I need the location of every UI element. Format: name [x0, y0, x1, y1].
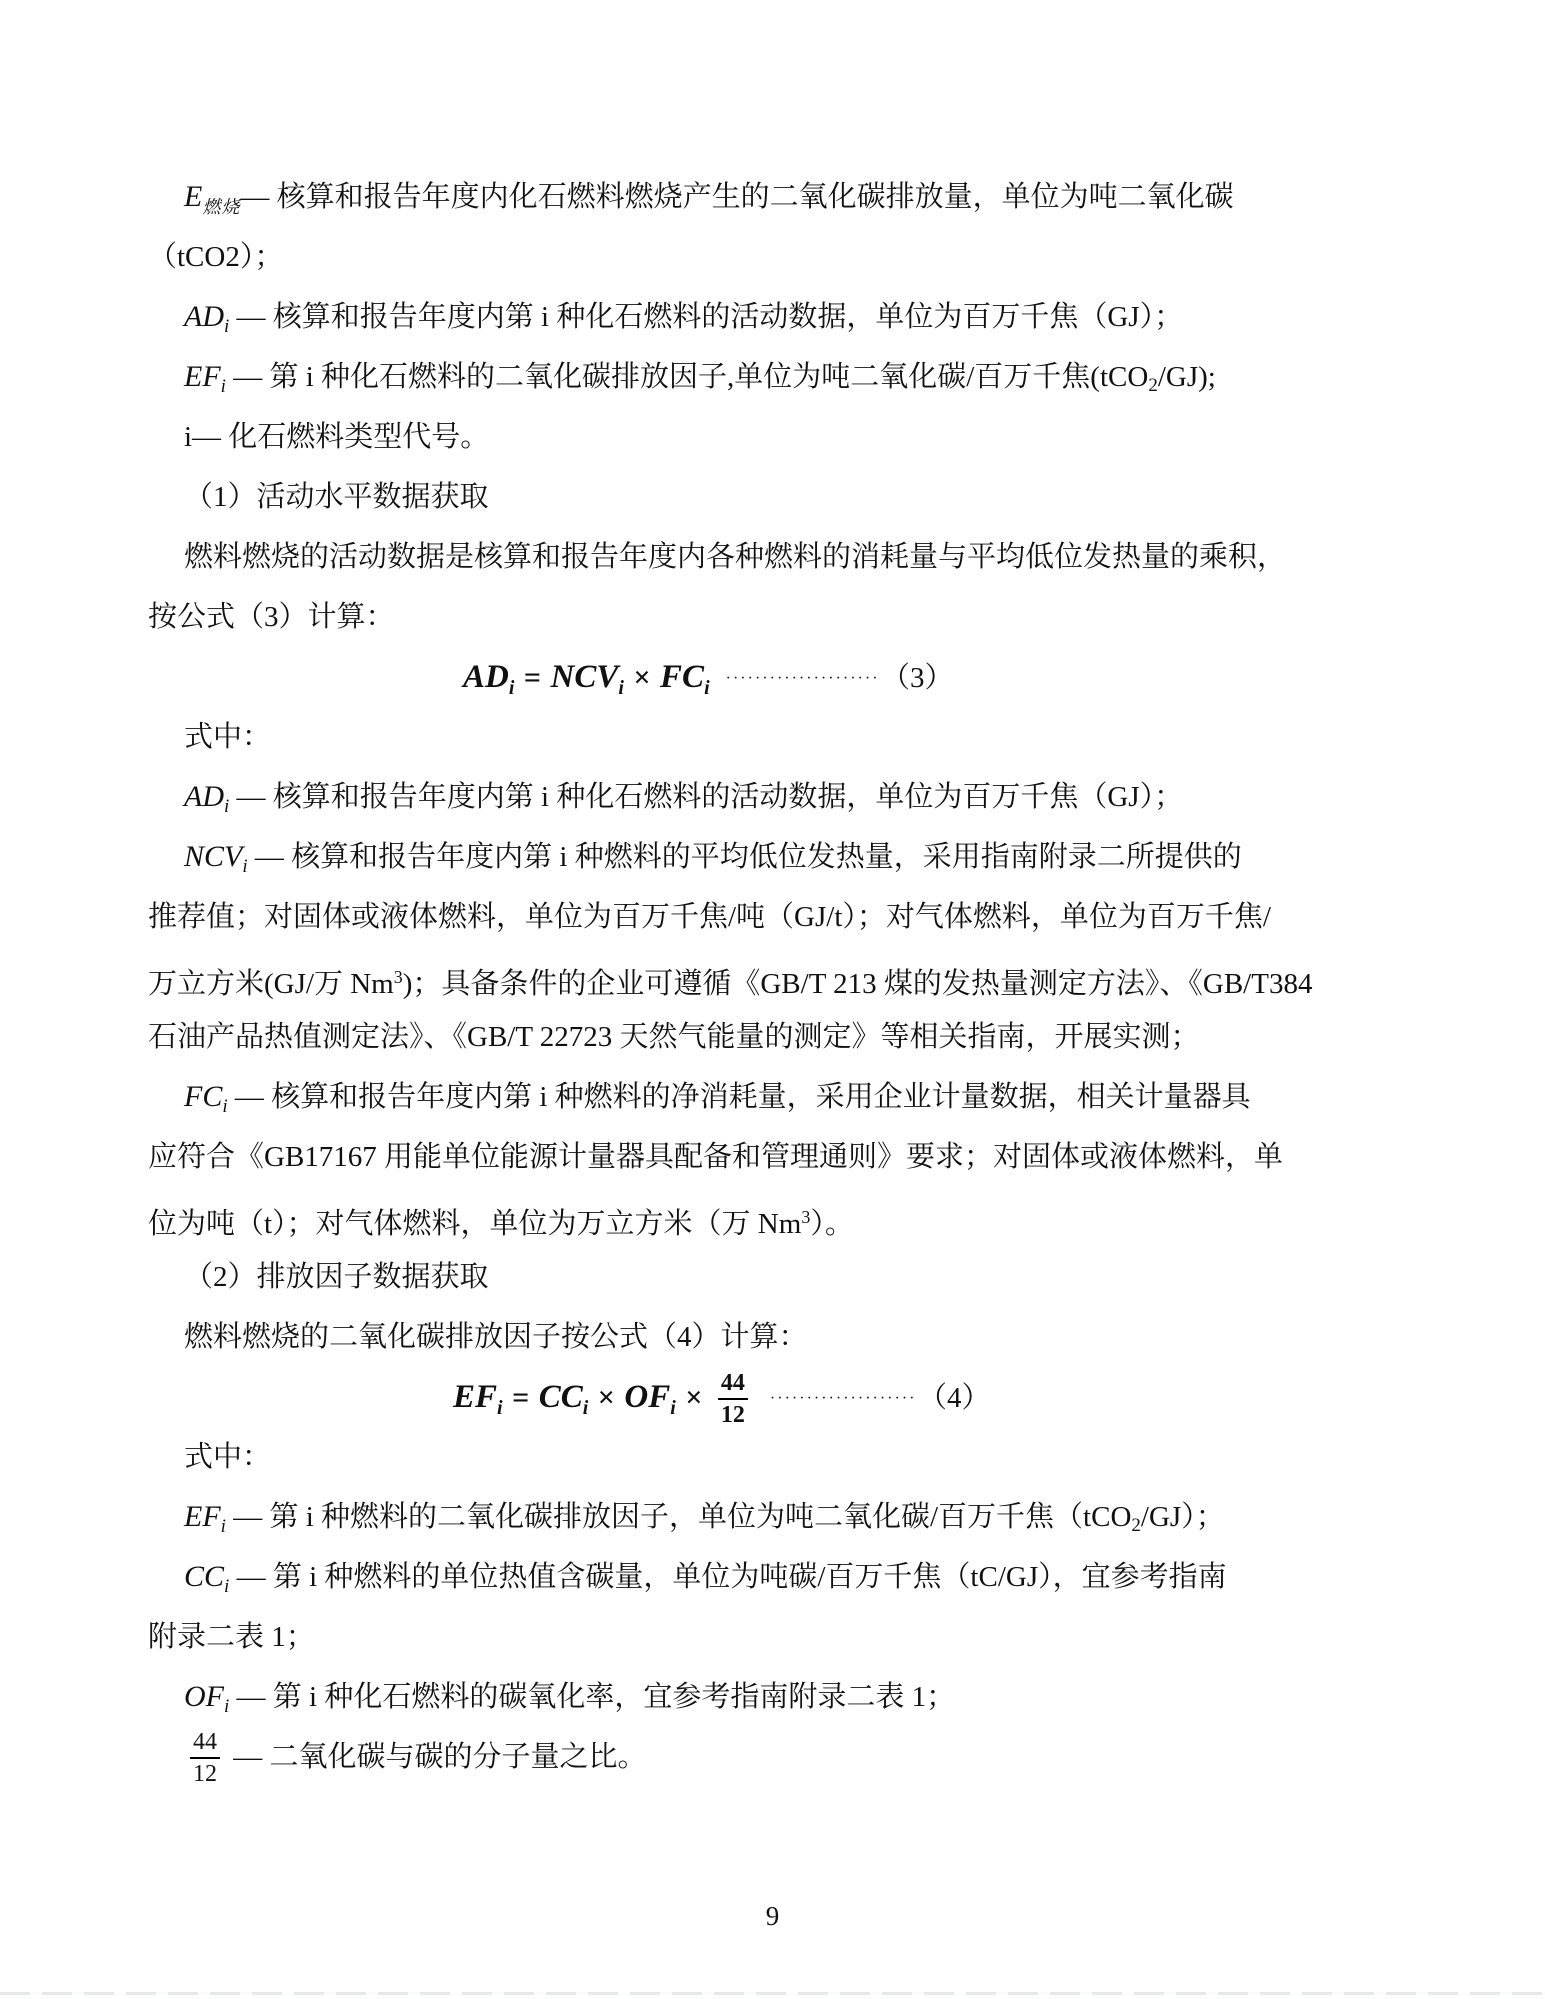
line-text: 式中： — [184, 721, 271, 753]
equals-sign: = — [503, 1381, 539, 1414]
line-text: — 二氧化碳与碳的分子量之比。 — [226, 1741, 647, 1773]
line-text: （tCO2）； — [148, 241, 283, 273]
var-of: OF — [184, 1680, 224, 1713]
var-cc: CC — [539, 1379, 583, 1415]
var-fc: FC — [660, 659, 704, 695]
line-def-adi: ADi — 核算和报告年度内第 i 种化石燃料的活动数据，单位为百万千焦（GJ）… — [148, 287, 1410, 347]
line-text: — 第 i 种化石燃料的碳氧化率，宜参考指南附录二表 1； — [229, 1681, 955, 1713]
var-fc: FC — [184, 1080, 222, 1113]
line-text: 式中： — [184, 1441, 271, 1473]
subscript-i: i — [704, 677, 710, 699]
line-formula4-where: 式中： — [148, 1427, 1410, 1487]
fraction-numerator: 44 — [190, 1730, 220, 1757]
fraction-numerator: 44 — [718, 1371, 748, 1398]
para-emission-factor: 燃料燃烧的二氧化碳排放因子按公式（4）计算： — [148, 1307, 1410, 1367]
dotted-leader: ···················· — [770, 1390, 917, 1407]
line-text: — 核算和报告年度内第 i 种燃料的净消耗量，采用企业计量数据，相关计量器具 — [228, 1081, 1251, 1113]
equation-number: （4） — [932, 1382, 990, 1414]
superscript-3: 3 — [801, 1207, 810, 1227]
equals-sign: = — [514, 661, 550, 694]
var-ncv: NCV — [551, 659, 619, 695]
para-activity-data-1: 燃料燃烧的活动数据是核算和报告年度内各种燃料的消耗量与平均低位发热量的乘积， — [148, 527, 1410, 587]
line-text: （1）活动水平数据获取 — [184, 481, 489, 513]
line-def-cci: CCi — 第 i 种燃料的单位热值含碳量，单位为吨碳/百万千焦（tC/GJ），… — [148, 1547, 1410, 1607]
line-text: — 第 i 种燃料的二氧化碳排放因子，单位为吨二氧化碳/百万千焦（tCO — [226, 1501, 1131, 1533]
var-ad: AD — [463, 659, 509, 695]
line-text: 燃料燃烧的二氧化碳排放因子按公式（4）计算： — [184, 1321, 808, 1353]
superscript-3: 3 — [394, 967, 403, 987]
var-of: OF — [624, 1379, 670, 1415]
line-def-efi: EFi — 第 i 种化石燃料的二氧化碳排放因子,单位为吨二氧化碳/百万千焦(t… — [148, 347, 1410, 407]
line-def-ratio: 4412 — 二氧化碳与碳的分子量之比。 — [148, 1727, 1410, 1787]
fraction-44-12: 4412 — [718, 1371, 748, 1427]
line-text: 万立方米(GJ/万 Nm — [148, 968, 394, 1000]
para-fci-cont-2: 位为吨（t）；对气体燃料，单位为万立方米（万 Nm3）。 — [148, 1187, 1410, 1247]
line-def-i: i— 化石燃料类型代号。 — [148, 407, 1410, 467]
line-def-fci: FCi — 核算和报告年度内第 i 种燃料的净消耗量，采用企业计量数据，相关计量… — [148, 1067, 1410, 1127]
subscript-i: i — [497, 1397, 503, 1419]
line-text: /GJ); — [1158, 361, 1216, 393]
line-text: i— 化石燃料类型代号。 — [184, 421, 489, 453]
document-page: E燃烧— 核算和报告年度内化石燃料燃烧产生的二氧化碳排放量，单位为吨二氧化碳 （… — [0, 0, 1545, 1999]
fraction-44-12: 4412 — [190, 1730, 220, 1786]
line-text: 按公式（3）计算： — [148, 601, 395, 633]
para-fci-cont-1: 应符合《GB17167 用能单位能源计量器具配备和管理通则》要求；对固体或液体燃… — [148, 1127, 1410, 1187]
line-def-ofi: OFi — 第 i 种化石燃料的碳氧化率，宜参考指南附录二表 1； — [148, 1667, 1410, 1727]
line-text: 燃料燃烧的活动数据是核算和报告年度内各种燃料的消耗量与平均低位发热量的乘积， — [184, 541, 1286, 573]
subscript-ranshao: 燃烧 — [202, 197, 240, 217]
subscript-i: i — [670, 1397, 676, 1419]
para-ncvi-cont-2: 万立方米(GJ/万 Nm3)；具备条件的企业可遵循《GB/T 213 煤的发热量… — [148, 947, 1410, 1007]
line-text: 应符合《GB17167 用能单位能源计量器具配备和管理通则》要求；对固体或液体燃… — [148, 1141, 1283, 1173]
para-ncvi-cont-3: 石油产品热值测定法》、《GB/T 22723 天然气能量的测定》等相关指南，开展… — [148, 1007, 1410, 1067]
document-body: E燃烧— 核算和报告年度内化石燃料燃烧产生的二氧化碳排放量，单位为吨二氧化碳 （… — [148, 167, 1410, 1787]
page-number: 9 — [0, 1886, 1545, 1946]
var-ad: AD — [184, 300, 224, 333]
var-ncv: NCV — [184, 840, 242, 873]
var-e: E — [184, 180, 202, 213]
var-ef: EF — [184, 1500, 221, 1533]
line-text: — 核算和报告年度内第 i 种燃料的平均低位发热量，采用指南附录二所提供的 — [248, 841, 1242, 873]
formula-4: EFi = CCi × OFi × 4412··················… — [148, 1367, 1410, 1427]
var-ad: AD — [184, 780, 224, 813]
multiply-sign: × — [588, 1381, 624, 1414]
line-text: 推荐值；对固体或液体燃料，单位为百万千焦/吨（GJ/t）；对气体燃料，单位为百万… — [148, 901, 1271, 933]
line-text: )；具备条件的企业可遵循《GB/T 213 煤的发热量测定方法》、《GB/T38… — [403, 968, 1313, 1000]
fraction-denominator: 12 — [718, 1398, 748, 1427]
line-text: /GJ）； — [1141, 1501, 1225, 1533]
line-text: — 核算和报告年度内化石燃料燃烧产生的二氧化碳排放量，单位为吨二氧化碳 — [240, 181, 1233, 213]
line-text: — 核算和报告年度内第 i 种化石燃料的活动数据，单位为百万千焦（GJ）； — [229, 781, 1183, 813]
subscript-2: 2 — [1131, 1515, 1141, 1536]
formula-3: ADi = NCVi × FCi·····················（3） — [148, 647, 1410, 707]
fraction-denominator: 12 — [190, 1757, 220, 1786]
var-ef: EF — [184, 360, 221, 393]
line-text: （2）排放因子数据获取 — [184, 1261, 489, 1293]
para-ncvi-cont-1: 推荐值；对固体或液体燃料，单位为百万千焦/吨（GJ/t）；对气体燃料，单位为百万… — [148, 887, 1410, 947]
line-def-ncvi: NCVi — 核算和报告年度内第 i 种燃料的平均低位发热量，采用指南附录二所提… — [148, 827, 1410, 887]
line-text: 附录二表 1； — [148, 1621, 315, 1653]
line-text: — 核算和报告年度内第 i 种化石燃料的活动数据，单位为百万千焦（GJ）； — [229, 301, 1183, 333]
equation-number: （3） — [896, 662, 954, 694]
line-def-adi-2: ADi — 核算和报告年度内第 i 种化石燃料的活动数据，单位为百万千焦（GJ）… — [148, 767, 1410, 827]
subscript-2: 2 — [1148, 375, 1158, 396]
var-ef: EF — [453, 1379, 497, 1415]
heading-emission-factor: （2）排放因子数据获取 — [148, 1247, 1410, 1307]
line-text: — 第 i 种燃料的单位热值含碳量，单位为吨碳/百万千焦（tC/GJ），宜参考指… — [229, 1561, 1226, 1593]
multiply-sign: × — [624, 661, 660, 694]
multiply-sign: × — [676, 1381, 712, 1414]
para-activity-data-2: 按公式（3）计算： — [148, 587, 1410, 647]
line-def-e-combustion: E燃烧— 核算和报告年度内化石燃料燃烧产生的二氧化碳排放量，单位为吨二氧化碳 — [148, 167, 1410, 227]
page-bottom-edge — [0, 1992, 1545, 1995]
heading-activity-data: （1）活动水平数据获取 — [148, 467, 1410, 527]
line-def-efi-2: EFi — 第 i 种燃料的二氧化碳排放因子，单位为吨二氧化碳/百万千焦（tCO… — [148, 1487, 1410, 1547]
dotted-leader: ····················· — [726, 670, 880, 687]
line-text: 石油产品热值测定法》、《GB/T 22723 天然气能量的测定》等相关指南，开展… — [148, 1021, 1200, 1053]
line-text: ）。 — [810, 1208, 854, 1240]
line-tco2-unit: （tCO2）； — [148, 227, 1410, 287]
line-formula3-where: 式中： — [148, 707, 1410, 767]
line-text: 位为吨（t）；对气体燃料，单位为万立方米（万 Nm — [148, 1208, 801, 1240]
para-cci-cont: 附录二表 1； — [148, 1607, 1410, 1667]
var-cc: CC — [184, 1560, 224, 1593]
line-text: — 第 i 种化石燃料的二氧化碳排放因子,单位为吨二氧化碳/百万千焦(tCO — [226, 361, 1148, 393]
